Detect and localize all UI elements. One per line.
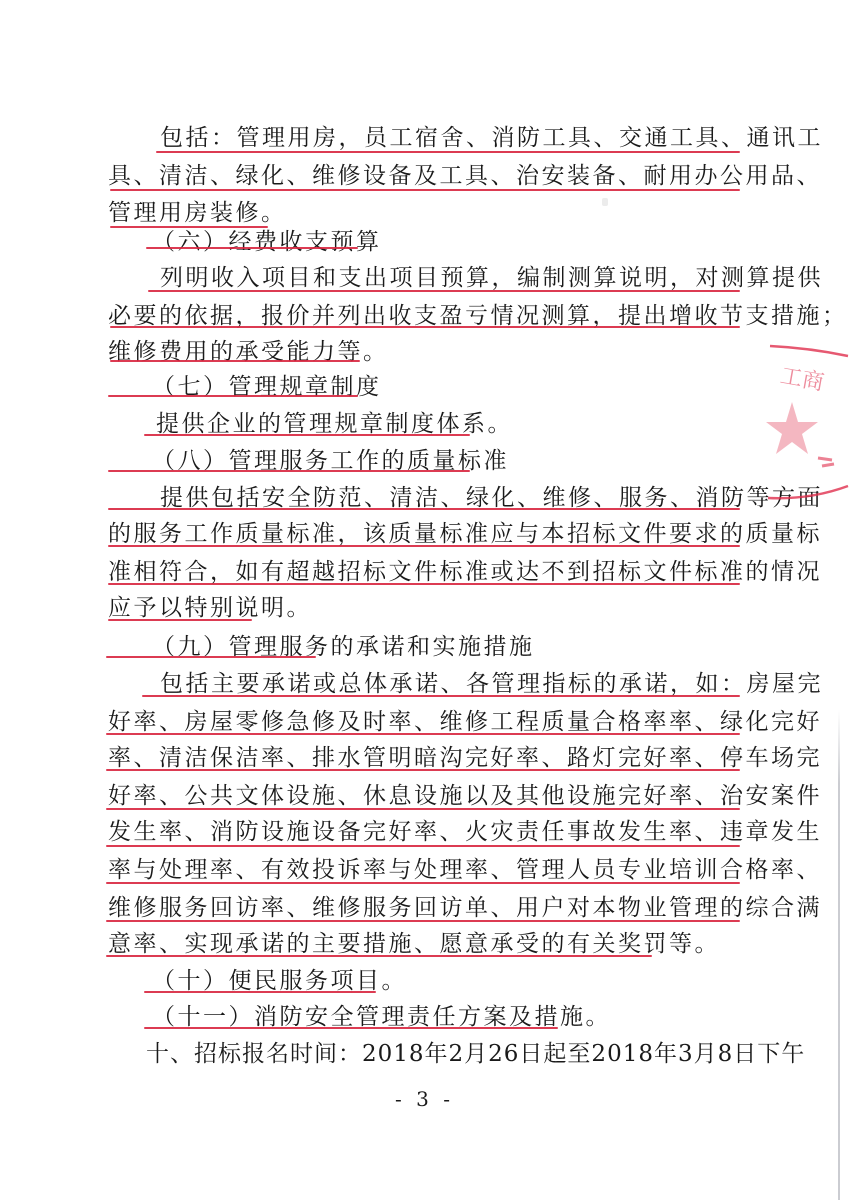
text-line: 率与处理率、有效投诉率与处理率、管理人员专业培训合格率、 xyxy=(108,850,822,890)
underline xyxy=(106,733,740,735)
underline xyxy=(144,991,376,993)
text-line: 意率、实现承诺的主要措施、愿意承受的有关奖罚等。 xyxy=(108,924,720,964)
text-line: 准相符合，如有超越招标文件标准或达不到招标文件标准的情况 xyxy=(108,552,822,592)
underline xyxy=(106,656,316,658)
underline xyxy=(144,1027,558,1029)
section-heading: （六）经费收支预算 xyxy=(152,222,382,262)
text-line: 率、清洁保洁率、排水管明暗沟完好率、路灯完好率、停车场完 xyxy=(108,738,822,778)
text-line: 列明收入项目和支出项目预算，编制测算说明，对测算提供 xyxy=(160,258,823,298)
underline xyxy=(108,395,358,397)
underline xyxy=(106,808,740,810)
underline xyxy=(106,769,740,771)
underline xyxy=(142,695,740,697)
text-line: 提供企业的管理规章制度体系。 xyxy=(156,404,513,444)
document-page: 包括：管理用房，员工宿舍、消防工具、交通工具、通讯工 具、清洁、绿化、维修设备及… xyxy=(0,0,849,1200)
underline xyxy=(146,247,358,249)
stamp-text: 工商 xyxy=(778,364,826,396)
section-heading: （十一）消防安全管理责任方案及措施。 xyxy=(152,997,611,1037)
underline xyxy=(110,189,740,191)
text-line: 好率、房屋零修急修及时率、维修工程质量合格率率、绿化完好 xyxy=(108,702,822,742)
section-heading: （九）管理服务的承诺和实施措施 xyxy=(152,627,535,667)
underline xyxy=(106,882,740,884)
official-seal-stamp-icon: 工商 xyxy=(760,330,849,510)
underline xyxy=(108,619,252,621)
text-line: 维修费用的承受能力等。 xyxy=(108,332,389,372)
text-line: 提供包括安全防范、清洁、绿化、维修、服务、消防等方面 xyxy=(160,478,823,518)
underline xyxy=(108,545,740,547)
underline xyxy=(106,920,740,922)
scan-edge-line xyxy=(838,710,840,1200)
section-heading: （十）便民服务项目。 xyxy=(152,961,407,1001)
text-line: 包括主要承诺或总体承诺、各管理指标的承诺，如：房屋完 xyxy=(160,664,823,704)
underline xyxy=(108,508,740,510)
underline xyxy=(108,583,740,585)
text-line: 应予以特别说明。 xyxy=(108,588,312,628)
text-line: 必要的依据，报价并列出收支盈亏情况测算，提出增收节支措施； xyxy=(108,296,848,336)
text-line: 好率、公共文体设施、休息设施以及其他设施完好率、治安案件 xyxy=(108,776,822,816)
underline xyxy=(106,845,740,847)
underline xyxy=(108,470,470,472)
underline xyxy=(110,360,360,362)
text-line: 十、招标报名时间：2018年2月26日起至2018年3月8日下午 xyxy=(146,1034,805,1074)
section-heading: （七）管理规章制度 xyxy=(152,367,382,407)
text-line: 的服务工作质量标准，该质量标准应与本招标文件要求的质量标 xyxy=(108,514,822,554)
underline xyxy=(110,326,740,328)
underline xyxy=(156,151,740,153)
underline xyxy=(106,955,652,957)
text-line: 维修服务回访率、维修服务回访单、用户对本物业管理的综合满 xyxy=(108,888,822,928)
section-heading: （八）管理服务工作的质量标准 xyxy=(152,441,509,481)
scan-smudge xyxy=(602,198,608,206)
underline xyxy=(148,290,740,292)
page-number: - 3 - xyxy=(0,1087,849,1111)
underline xyxy=(144,434,470,436)
